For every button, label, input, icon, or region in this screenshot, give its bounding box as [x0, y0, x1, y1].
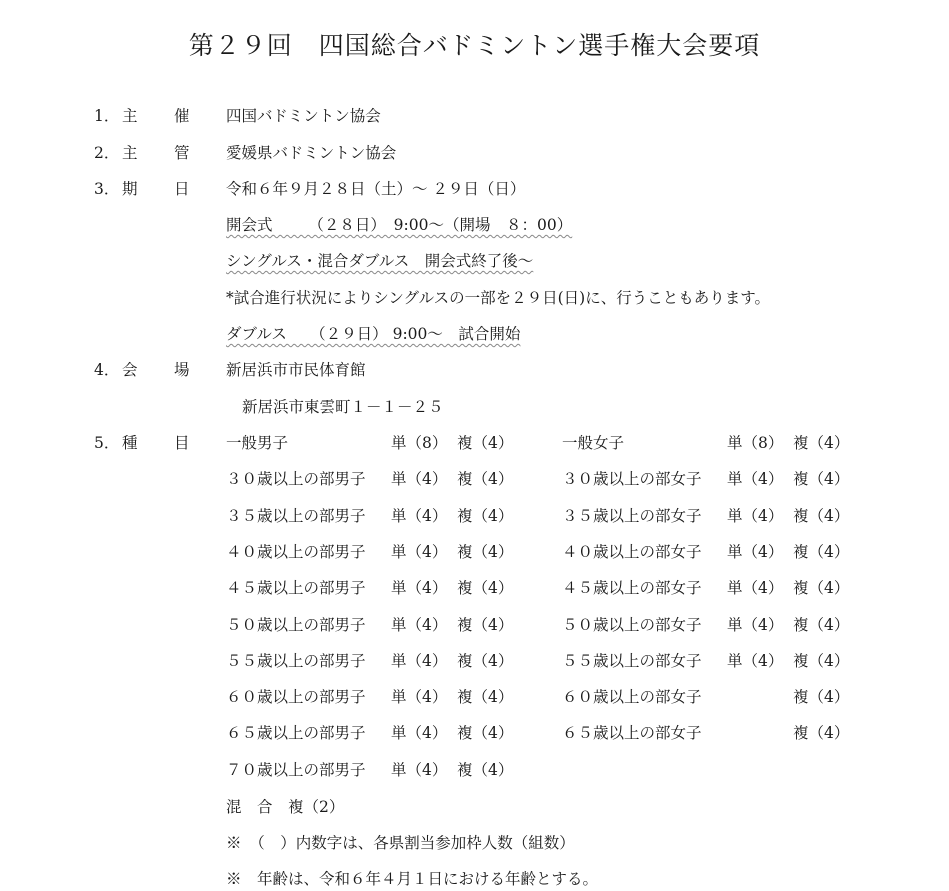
schedule-singles: シングルス・混合ダブルス 開会式終了後～	[226, 249, 533, 271]
event-name: ３５歳以上の部女子	[562, 504, 702, 526]
event-name: ５５歳以上の部男子	[226, 649, 366, 671]
event-name: ４５歳以上の部女子	[562, 576, 702, 598]
schedule-doubles: ダブルス （２９日） 9:00～ 試合開始	[226, 322, 520, 344]
event-doubles-quota: 複（4）	[457, 504, 513, 526]
section-label-2: 管	[174, 141, 190, 163]
schedule-opening: 開会式 （２８日） 9:00～（開場 ８：00）	[226, 213, 572, 235]
section-number: 2．	[94, 141, 119, 163]
event-singles-quota: 単（4）	[391, 467, 447, 489]
event-singles-quota: 単（8）	[391, 431, 447, 453]
section-label-1: 主	[122, 141, 138, 163]
event-doubles-quota: 複（4）	[457, 758, 513, 780]
event-singles-quota: 単（4）	[727, 504, 783, 526]
section-label-2: 場	[174, 358, 190, 380]
section-number: 5．	[94, 431, 119, 453]
section-label-1: 種	[122, 431, 138, 453]
event-singles-quota: 単（4）	[727, 540, 783, 562]
event-name: ４０歳以上の部男子	[226, 540, 366, 562]
mixed-doubles: 混 合 複（2）	[226, 795, 344, 817]
event-doubles-quota: 複（4）	[457, 431, 513, 453]
section-label-1: 主	[122, 104, 138, 126]
event-doubles-quota: 複（4）	[457, 613, 513, 635]
section-label-2: 催	[174, 104, 190, 126]
section-value: 新居浜市市民体育館	[226, 358, 366, 380]
event-doubles-quota: 複（4）	[457, 467, 513, 489]
event-doubles-quota: 複（4）	[793, 685, 849, 707]
event-name: ６０歳以上の部女子	[562, 685, 702, 707]
event-name: ３５歳以上の部男子	[226, 504, 366, 526]
event-doubles-quota: 複（4）	[457, 540, 513, 562]
section-value: 四国バドミントン協会	[226, 104, 381, 126]
venue-address: 新居浜市東雲町１－１－２５	[242, 395, 444, 417]
event-doubles-quota: 複（4）	[793, 576, 849, 598]
event-name: ５５歳以上の部女子	[562, 649, 702, 671]
event-doubles-quota: 複（4）	[457, 721, 513, 743]
event-doubles-quota: 複（4）	[793, 431, 849, 453]
event-name: ７０歳以上の部男子	[226, 758, 366, 780]
event-singles-quota: 単（8）	[727, 431, 783, 453]
section-label-1: 期	[122, 177, 138, 199]
event-doubles-quota: 複（4）	[793, 649, 849, 671]
section-number: 3．	[94, 177, 119, 199]
event-singles-quota: 単（4）	[391, 758, 447, 780]
event-doubles-quota: 複（4）	[457, 649, 513, 671]
section-value: 令和６年９月２８日（土）～ ２９日（日）	[226, 177, 525, 199]
event-singles-quota: 単（4）	[727, 576, 783, 598]
event-singles-quota: 単（4）	[727, 613, 783, 635]
section-label-2: 目	[174, 431, 190, 453]
event-singles-quota: 単（4）	[391, 649, 447, 671]
event-name: ６０歳以上の部男子	[226, 685, 366, 707]
event-singles-quota: 単（4）	[391, 540, 447, 562]
schedule-note: *試合進行状況によりシングルスの一部を２９日(日)に、行うこともあります。	[226, 286, 770, 308]
event-name: ６５歳以上の部女子	[562, 721, 702, 743]
event-doubles-quota: 複（4）	[793, 613, 849, 635]
event-name: ５０歳以上の部男子	[226, 613, 366, 635]
event-name: 一般男子	[226, 431, 288, 453]
event-singles-quota: 単（4）	[391, 576, 447, 598]
section-number: 4．	[94, 358, 119, 380]
event-doubles-quota: 複（4）	[457, 576, 513, 598]
event-name: ４５歳以上の部男子	[226, 576, 366, 598]
event-doubles-quota: 複（4）	[793, 467, 849, 489]
page-title: 第２９回 四国総合バドミントン選手権大会要項	[0, 26, 949, 62]
event-singles-quota: 単（4）	[391, 721, 447, 743]
event-name: ３０歳以上の部男子	[226, 467, 366, 489]
event-doubles-quota: 複（4）	[793, 540, 849, 562]
event-doubles-quota: 複（4）	[793, 504, 849, 526]
event-name: ６５歳以上の部男子	[226, 721, 366, 743]
note-age: ※ 年齢は、令和６年４月１日における年齢とする。	[226, 867, 598, 889]
event-doubles-quota: 複（4）	[457, 685, 513, 707]
event-name: ５０歳以上の部女子	[562, 613, 702, 635]
event-singles-quota: 単（4）	[391, 613, 447, 635]
section-number: 1．	[94, 104, 119, 126]
event-name: ４０歳以上の部女子	[562, 540, 702, 562]
event-name: ３０歳以上の部女子	[562, 467, 702, 489]
event-doubles-quota: 複（4）	[793, 721, 849, 743]
event-singles-quota: 単（4）	[391, 685, 447, 707]
event-singles-quota: 単（4）	[727, 649, 783, 671]
event-singles-quota: 単（4）	[391, 504, 447, 526]
section-label-1: 会	[122, 358, 138, 380]
section-value: 愛媛県バドミントン協会	[226, 141, 396, 163]
note-quota: ※ （ ）内数字は、各県割当参加枠人数（組数）	[226, 831, 575, 853]
event-singles-quota: 単（4）	[727, 467, 783, 489]
event-name: 一般女子	[562, 431, 624, 453]
section-label-2: 日	[174, 177, 190, 199]
